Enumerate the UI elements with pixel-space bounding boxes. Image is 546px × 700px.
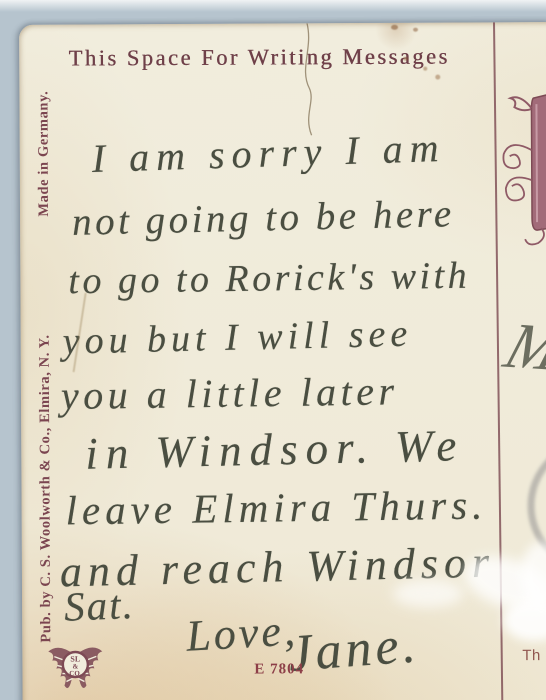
ornate-initial-decoration (496, 88, 546, 248)
stain-speck (435, 75, 440, 80)
made-in-text: Made in Germany. (35, 91, 53, 217)
postcard: This Space For Writing Messages Pub. by … (19, 22, 546, 700)
winged-logo-icon: SL & CO. (44, 640, 106, 700)
message-line: to go to Rorick's with (68, 254, 470, 304)
stain-speck (413, 28, 418, 32)
publisher-imprint: Pub. by C. S. Woolworth & Co., Elmira, N… (34, 91, 55, 643)
postmark-circle (527, 438, 546, 573)
message-signoff: Love, (185, 604, 299, 661)
address-side-handwriting-partial: M (496, 308, 546, 385)
stain-speck (423, 67, 427, 71)
photo-background-highlight (0, 0, 546, 12)
stain-speck (391, 25, 398, 30)
message-signature: Jane. (286, 615, 421, 684)
stain-speck (403, 57, 408, 61)
message-line: I am sorry I am (91, 124, 446, 182)
message-line: not going to be here (72, 191, 456, 245)
publisher-text: Pub. by C. S. Woolworth & Co., Elmira, N… (36, 334, 55, 642)
message-line: leave Elmira Thurs. (65, 480, 487, 534)
message-line: you but I will see (62, 312, 413, 364)
message-line: Sat. (63, 580, 136, 631)
glare-damage-patch (503, 599, 546, 641)
logo-text-line3: CO. (69, 669, 82, 677)
glare-damage-patch (521, 542, 546, 608)
message-line: you a little later (61, 367, 399, 419)
paper-crack-mark (289, 23, 330, 138)
plate-number: E 7804 (254, 661, 304, 678)
address-side-print-partial: Th (522, 647, 541, 664)
message-line: in Windsor. We (85, 419, 465, 480)
